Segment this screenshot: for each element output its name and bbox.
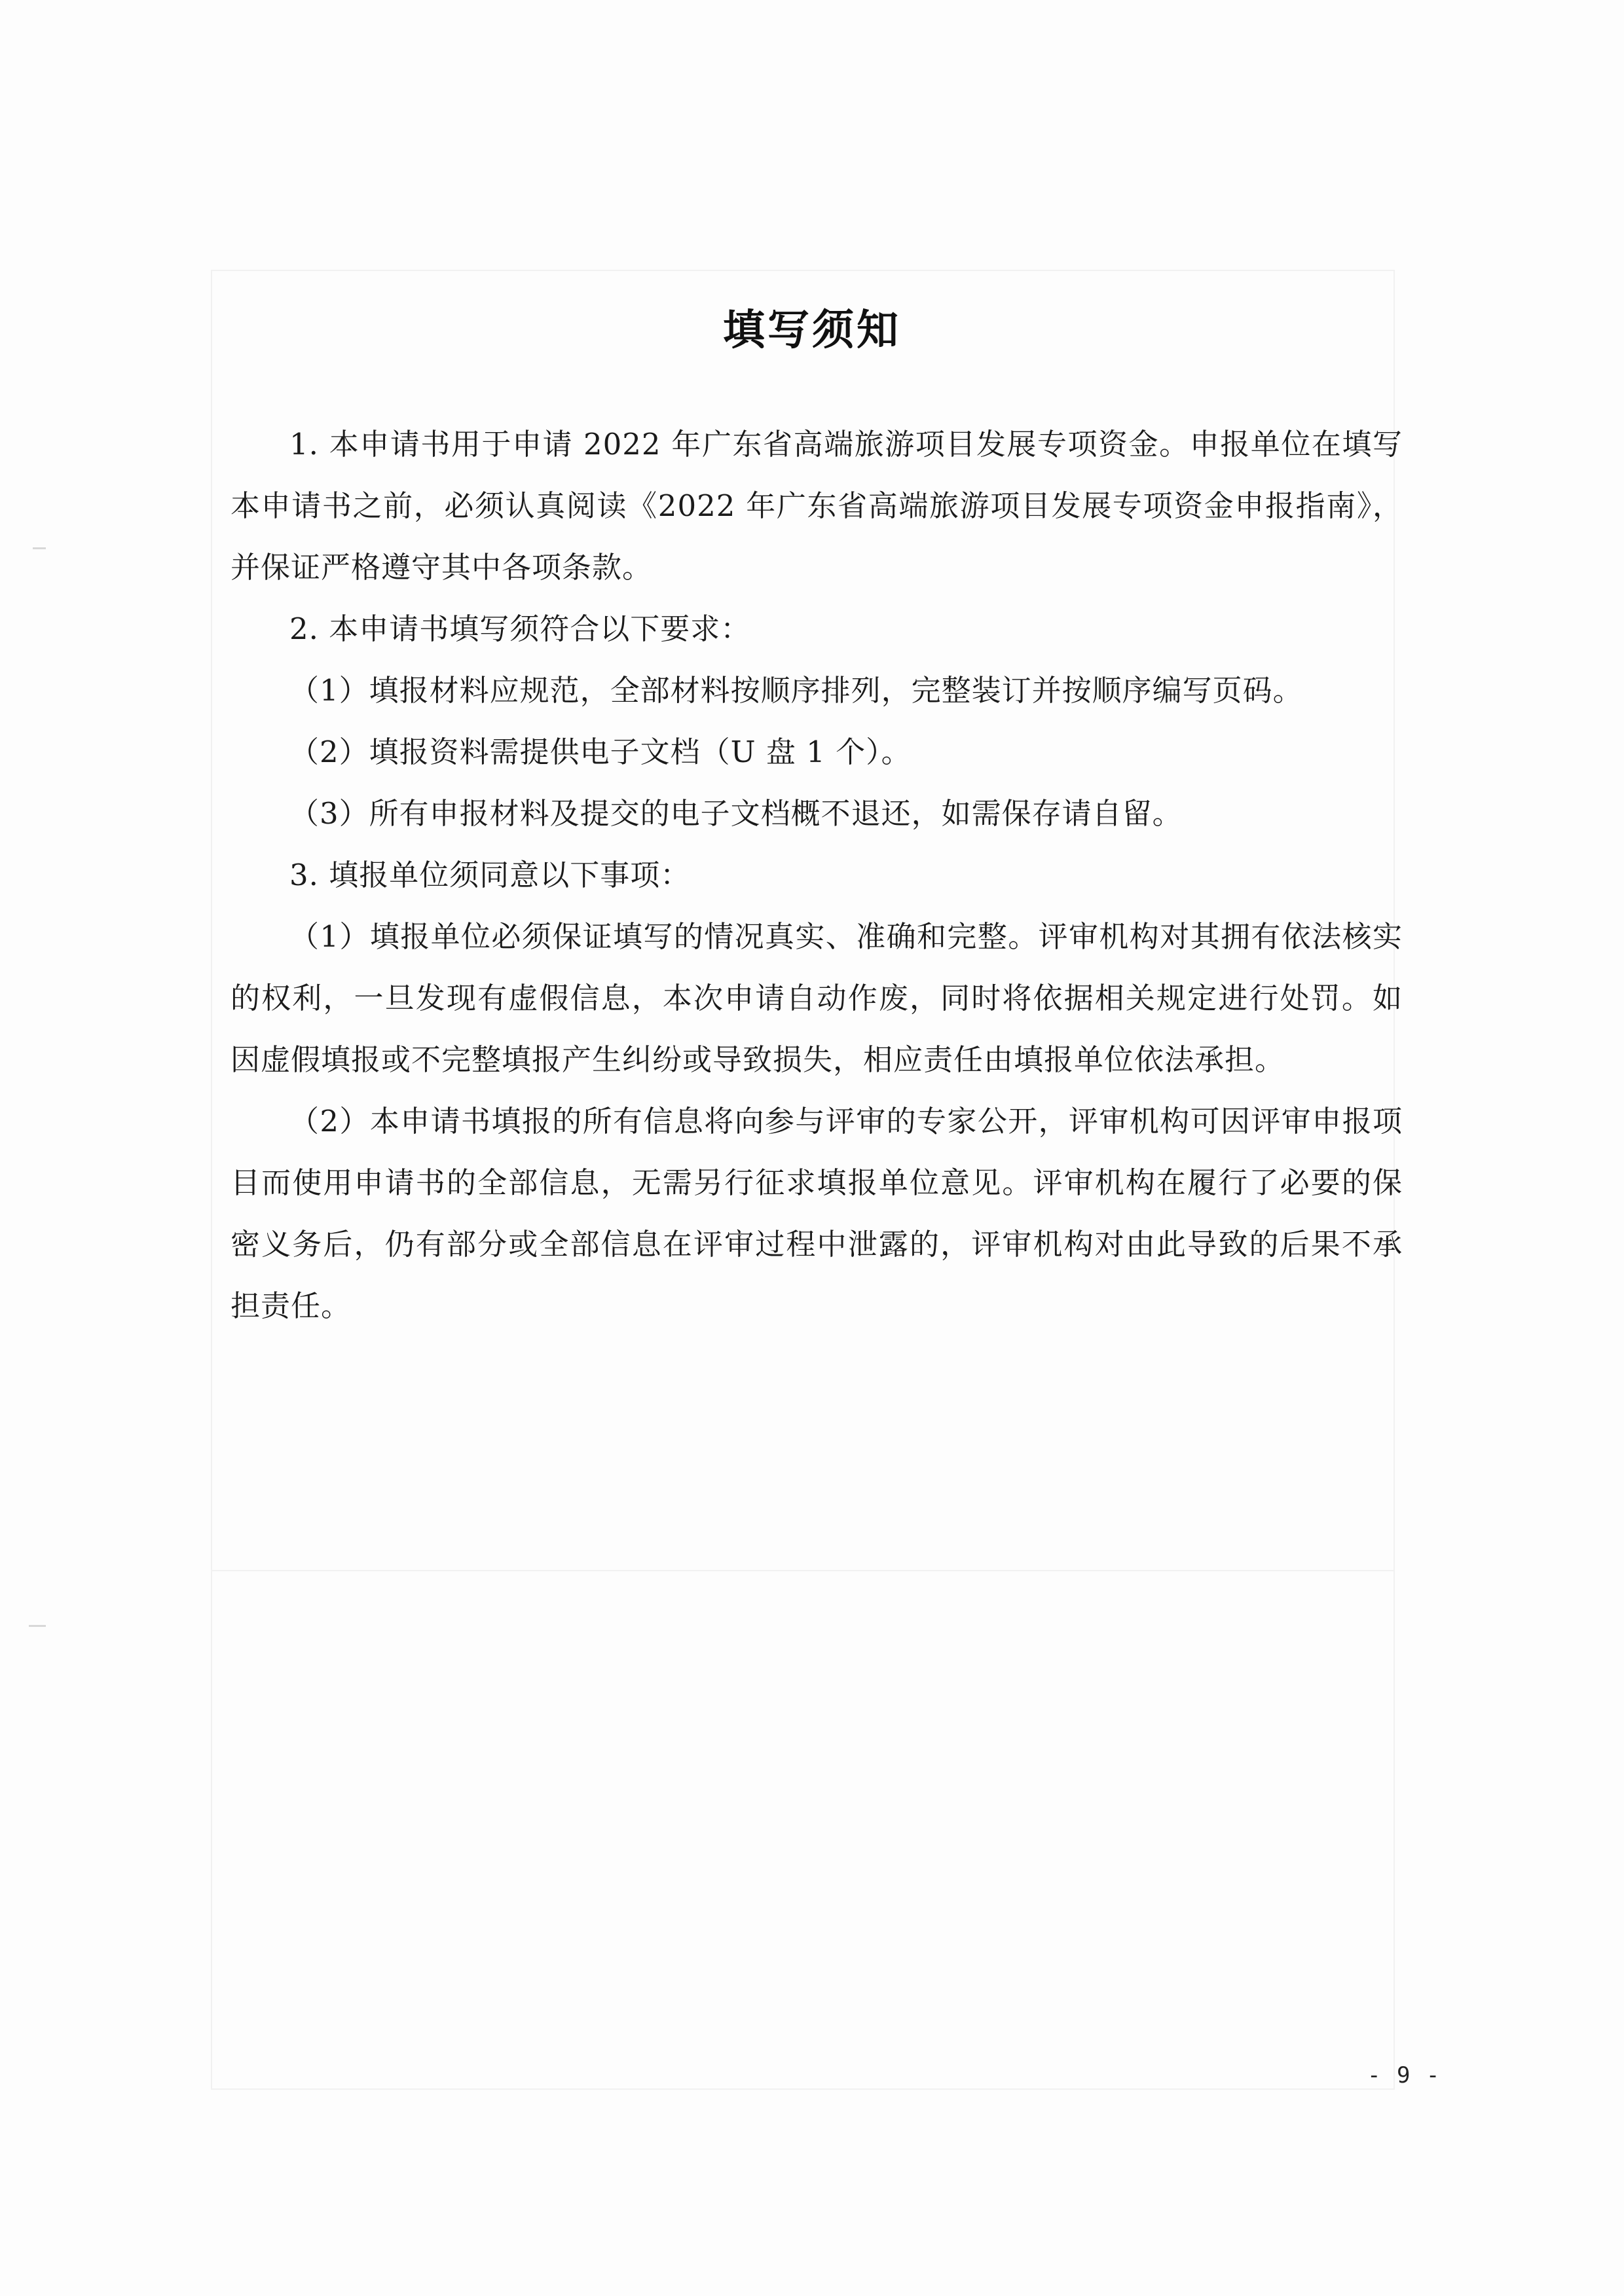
paragraph-2-2: （2）填报资料需提供电子文档（U 盘 1 个）。: [231, 721, 1403, 783]
paragraph-1: 1. 本申请书用于申请 2022 年广东省高端旅游项目发展专项资金。申报单位在填…: [231, 414, 1403, 598]
paragraph-3-1: （1）填报单位必须保证填写的情况真实、准确和完整。评审机构对其拥有依法核实的权利…: [231, 906, 1403, 1091]
instructions-body: 1. 本申请书用于申请 2022 年广东省高端旅游项目发展专项资金。申报单位在填…: [231, 414, 1403, 1337]
document-page: 填写须知 1. 本申请书用于申请 2022 年广东省高端旅游项目发展专项资金。申…: [0, 0, 1624, 2296]
page-title: 填写须知: [0, 297, 1624, 357]
paragraph-2: 2. 本申请书填写须符合以下要求：: [231, 598, 1403, 660]
page-number: - 9 -: [1367, 2062, 1441, 2088]
paragraph-2-1: （1）填报材料应规范，全部材料按顺序排列，完整装订并按顺序编写页码。: [231, 660, 1403, 721]
paragraph-3-2: （2）本申请书填报的所有信息将向参与评审的专家公开，评审机构可因评审申报项目而使…: [231, 1091, 1403, 1337]
bleed-through-line: [211, 1570, 1395, 1571]
scan-mark: [33, 547, 46, 549]
paragraph-3: 3. 填报单位须同意以下事项：: [231, 845, 1403, 906]
scan-mark: [29, 1625, 46, 1627]
paragraph-2-3: （3）所有申报材料及提交的电子文档概不退还，如需保存请自留。: [231, 783, 1403, 845]
